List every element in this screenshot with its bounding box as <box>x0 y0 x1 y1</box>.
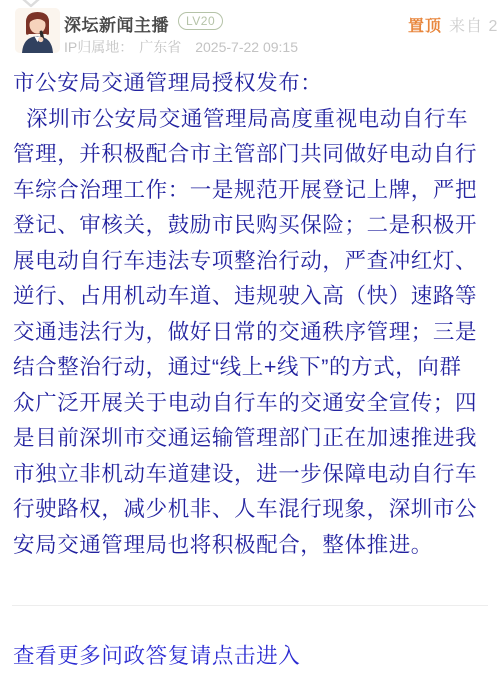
chevron-down-icon <box>20 0 42 8</box>
source-label: 来自 2 <box>449 18 498 35</box>
post-text-line: 展电动自行车违法专项整治行动，严查冲红灯、 <box>13 244 495 280</box>
post-text-line: 逆行、占用机动车道、违规驶入高（快）速路等 <box>13 279 495 315</box>
post-text-line: 管理，并积极配合市主管部门共同做好电动自行 <box>13 137 495 173</box>
post-text-line: 市独立非机动车道建设，进一步保障电动自行车 <box>13 457 495 493</box>
post-text-line: 市公安局交通管理局授权发布： <box>13 66 495 102</box>
post-text-line: 众广泛开展关于电动自行车的交通安全宣传；四 <box>13 386 495 422</box>
post-text-line: 登记、审核关，鼓励市民购买保险；二是积极开 <box>13 208 495 244</box>
post-text-line: 车综合治理工作：一是规范开展登记上牌，严把 <box>13 173 495 209</box>
post-meta: IP归属地：广东省2025-7-22 09:15 <box>64 37 298 57</box>
more-replies-link[interactable]: 查看更多问政答复请点击进入 <box>13 643 300 669</box>
post-body-text: 市公安局交通管理局授权发布： 深圳市公安局交通管理局高度重视电动自行车管理，并积… <box>13 66 495 563</box>
user-avatar[interactable] <box>15 8 60 53</box>
post-text-line: 交通违法行为，做好日常的交通秩序管理；三是 <box>13 315 495 351</box>
post-text-line: 深圳市公安局交通管理局高度重视电动自行车 <box>13 102 495 138</box>
post-text-line: 行驶路权，减少机非、人车混行现象，深圳市公 <box>13 492 495 528</box>
ip-location: 广东省 <box>139 39 181 55</box>
post-flags: 置顶来自 2 <box>408 13 500 36</box>
forum-post-page: 深坛新闻主播 LV20 置顶来自 2 IP归属地：广东省2025-7-22 09… <box>0 0 500 692</box>
username[interactable]: 深坛新闻主播 <box>64 11 169 36</box>
post-text-line: 结合整治行动，通过“线上+线下”的方式，向群 <box>13 350 495 386</box>
post-text-line: 是目前深圳市交通运输管理部门正在加速推进我 <box>13 421 495 457</box>
news-anchor-avatar-icon <box>15 8 60 53</box>
level-badge: LV20 <box>178 12 223 30</box>
pinned-badge: 置顶 <box>408 18 442 35</box>
post-text-line: 安局交通管理局也将积极配合，整体推进。 <box>13 528 495 564</box>
section-divider <box>12 605 488 606</box>
post-timestamp: 2025-7-22 09:15 <box>195 39 298 55</box>
ip-label: IP归属地： <box>64 39 133 55</box>
